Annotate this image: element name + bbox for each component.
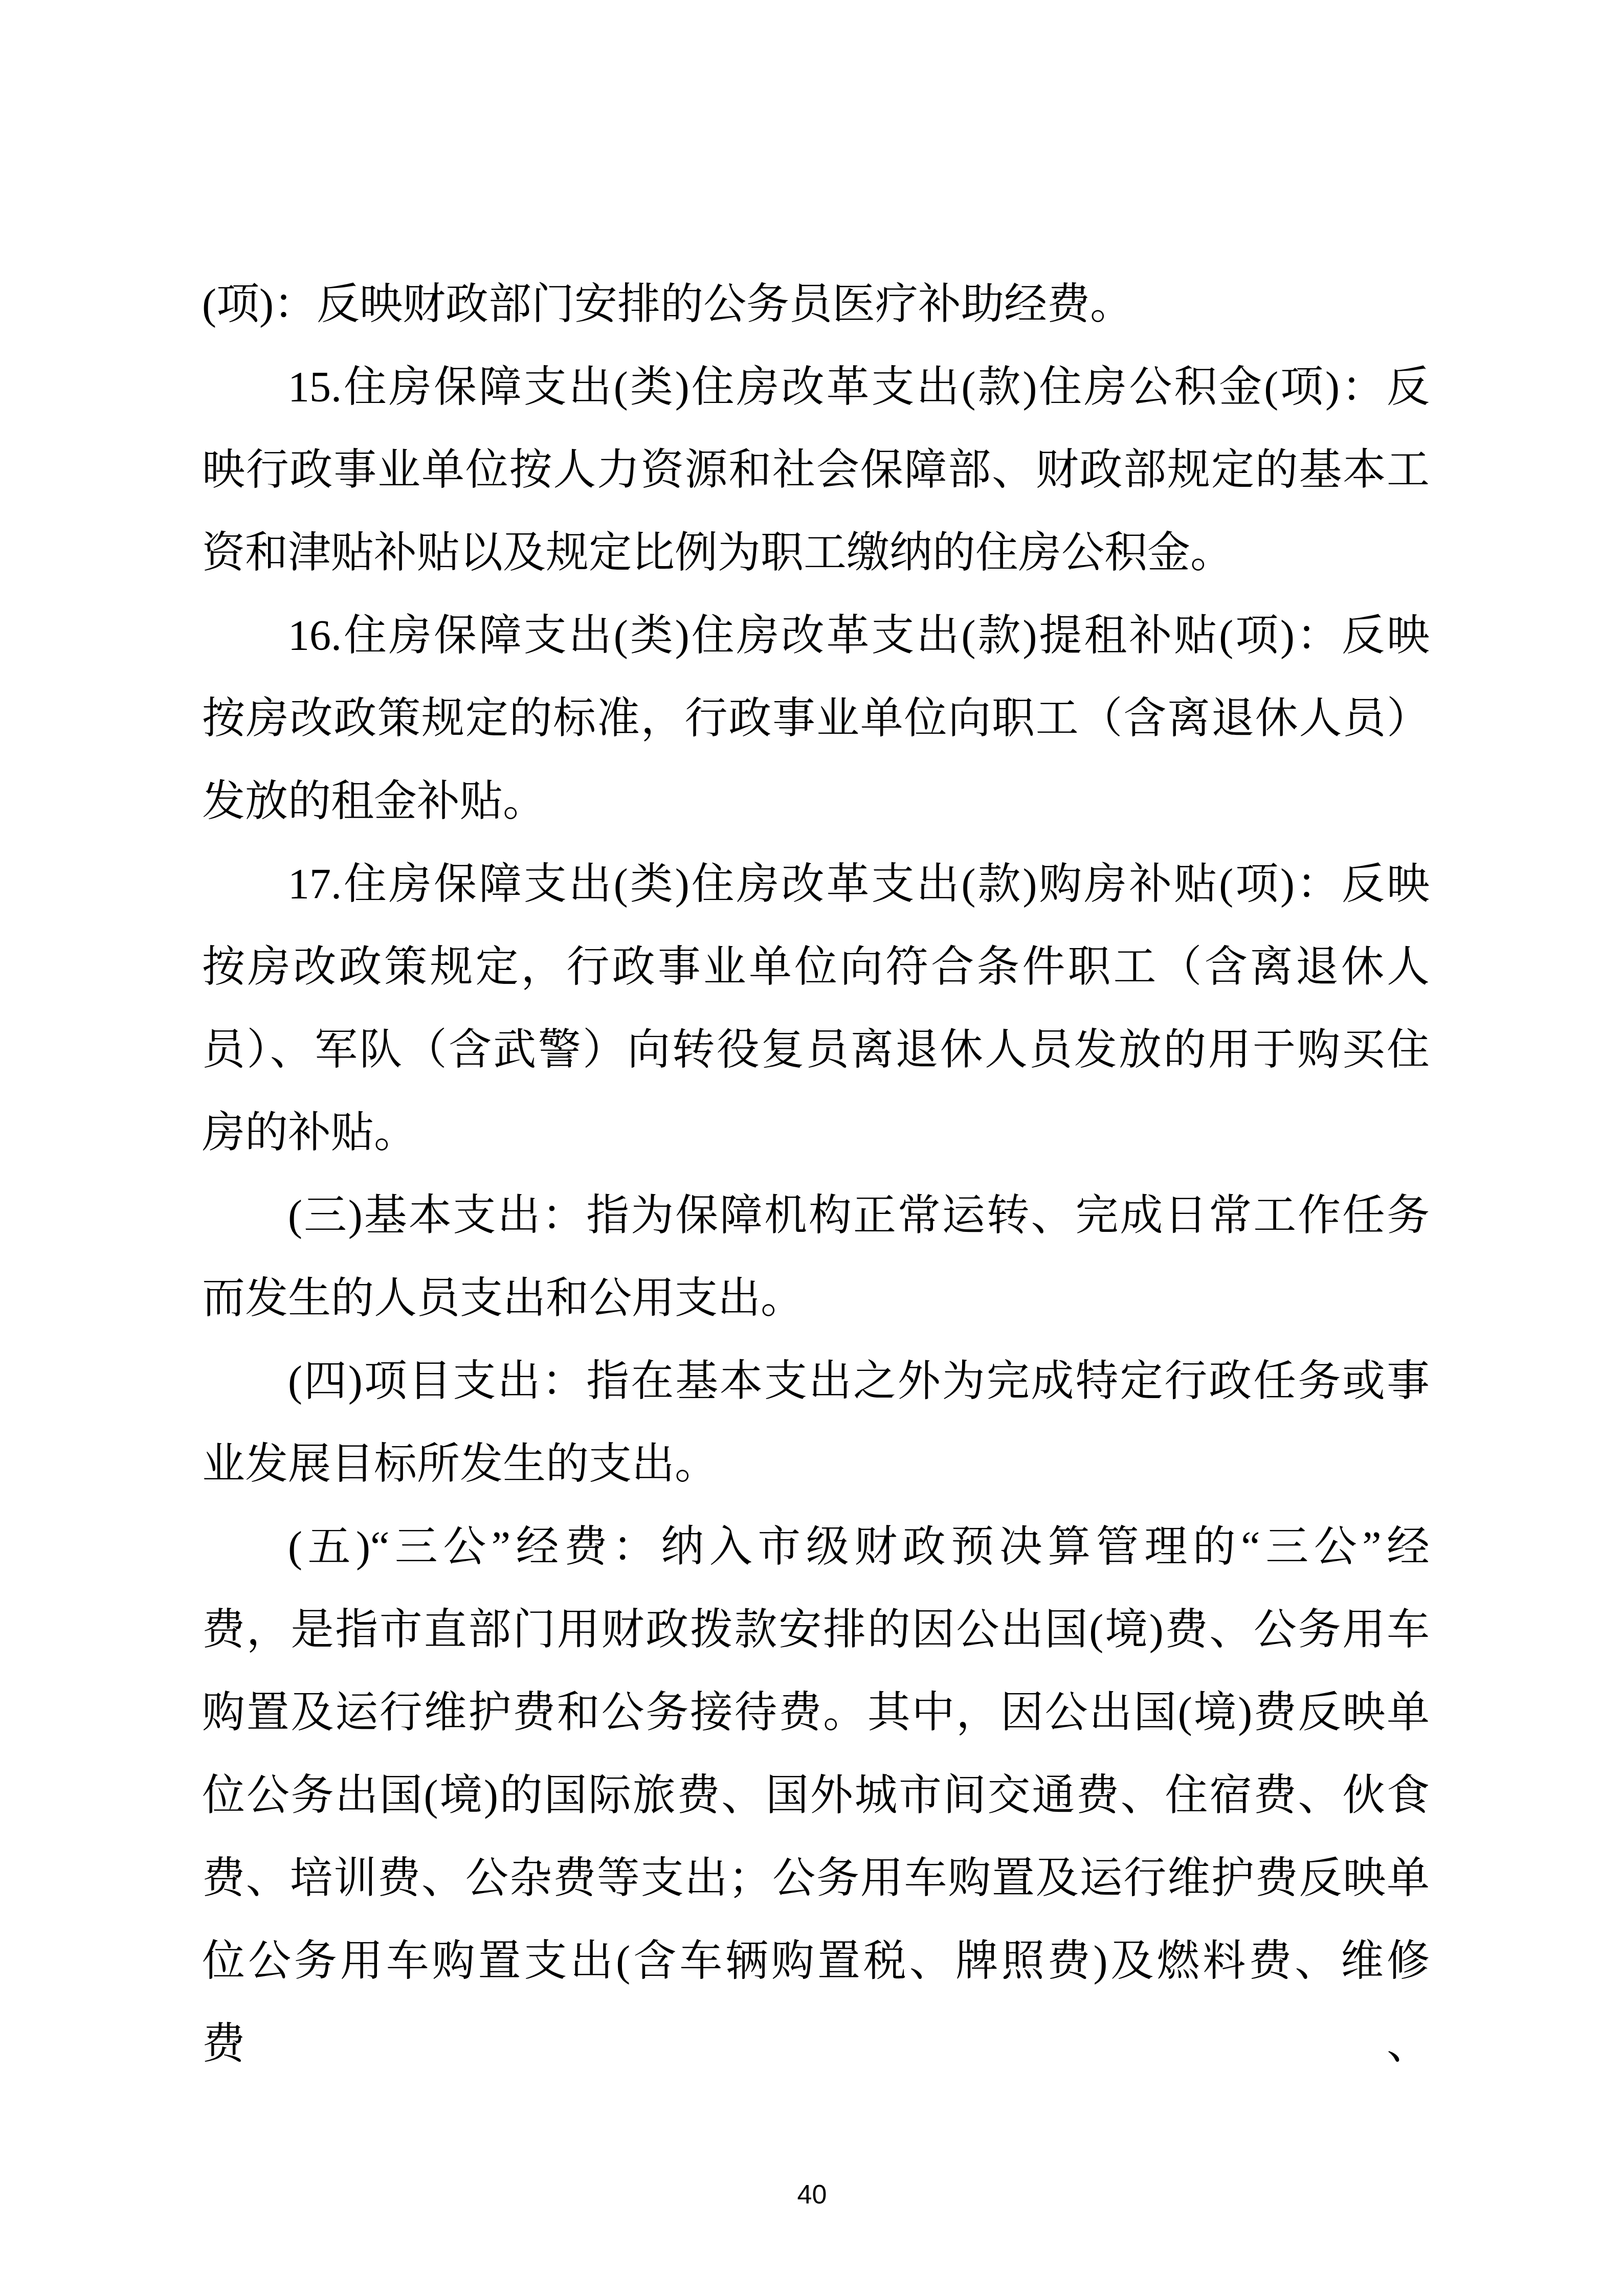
text-line: 按房改政策规定的标准，行政事业单位向职工（含离退休人员） xyxy=(202,678,1430,760)
text-line: 购置及运行维护费和公务接待费。其中，因公出国(境)费反映单 xyxy=(202,1672,1430,1754)
text-line: 员）、军队（含武警）向转役复员离退休人员发放的用于购买住 xyxy=(202,1009,1430,1092)
body-text: (项)：反映财政部门安排的公务员医疗补助经费。15.住房保障支出(类)住房改革支… xyxy=(202,263,1430,2003)
text-line: 业发展目标所发生的支出。 xyxy=(202,1423,1430,1506)
text-line: 房的补贴。 xyxy=(202,1092,1430,1175)
text-line: 按房改政策规定，行政事业单位向符合条件职工（含离退休人 xyxy=(202,926,1430,1009)
text-line: (四)项目支出：指在基本支出之外为完成特定行政任务或事 xyxy=(202,1340,1430,1423)
page-number: 40 xyxy=(797,2180,827,2210)
text-line: (三)基本支出：指为保障机构正常运转、完成日常工作任务 xyxy=(202,1175,1430,1257)
text-line: 15.住房保障支出(类)住房改革支出(款)住房公积金(项)：反 xyxy=(202,346,1430,429)
text-line: (五)“三公”经费：纳入市级财政预决算管理的“三公”经 xyxy=(202,1506,1430,1589)
text-line: 资和津贴补贴以及规定比例为职工缴纳的住房公积金。 xyxy=(202,512,1430,595)
text-line: 发放的租金补贴。 xyxy=(202,760,1430,843)
text-line: 16.住房保障支出(类)住房改革支出(款)提租补贴(项)：反映 xyxy=(202,595,1430,678)
text-line: 费，是指市直部门用财政拨款安排的因公出国(境)费、公务用车 xyxy=(202,1589,1430,1672)
text-line: 17.住房保障支出(类)住房改革支出(款)购房补贴(项)：反映 xyxy=(202,843,1430,926)
text-line: 而发生的人员支出和公用支出。 xyxy=(202,1257,1430,1340)
document-page: (项)：反映财政部门安排的公务员医疗补助经费。15.住房保障支出(类)住房改革支… xyxy=(0,0,1624,2296)
text-line: 位公务用车购置支出(含车辆购置税、牌照费)及燃料费、维修费、 xyxy=(202,1920,1430,2003)
text-line: 位公务出国(境)的国际旅费、国外城市间交通费、住宿费、伙食 xyxy=(202,1754,1430,1837)
page-footer: 40 xyxy=(0,2179,1624,2210)
text-line: (项)：反映财政部门安排的公务员医疗补助经费。 xyxy=(202,263,1430,346)
text-line: 费、培训费、公杂费等支出；公务用车购置及运行维护费反映单 xyxy=(202,1837,1430,1920)
text-line: 映行政事业单位按人力资源和社会保障部、财政部规定的基本工 xyxy=(202,429,1430,512)
